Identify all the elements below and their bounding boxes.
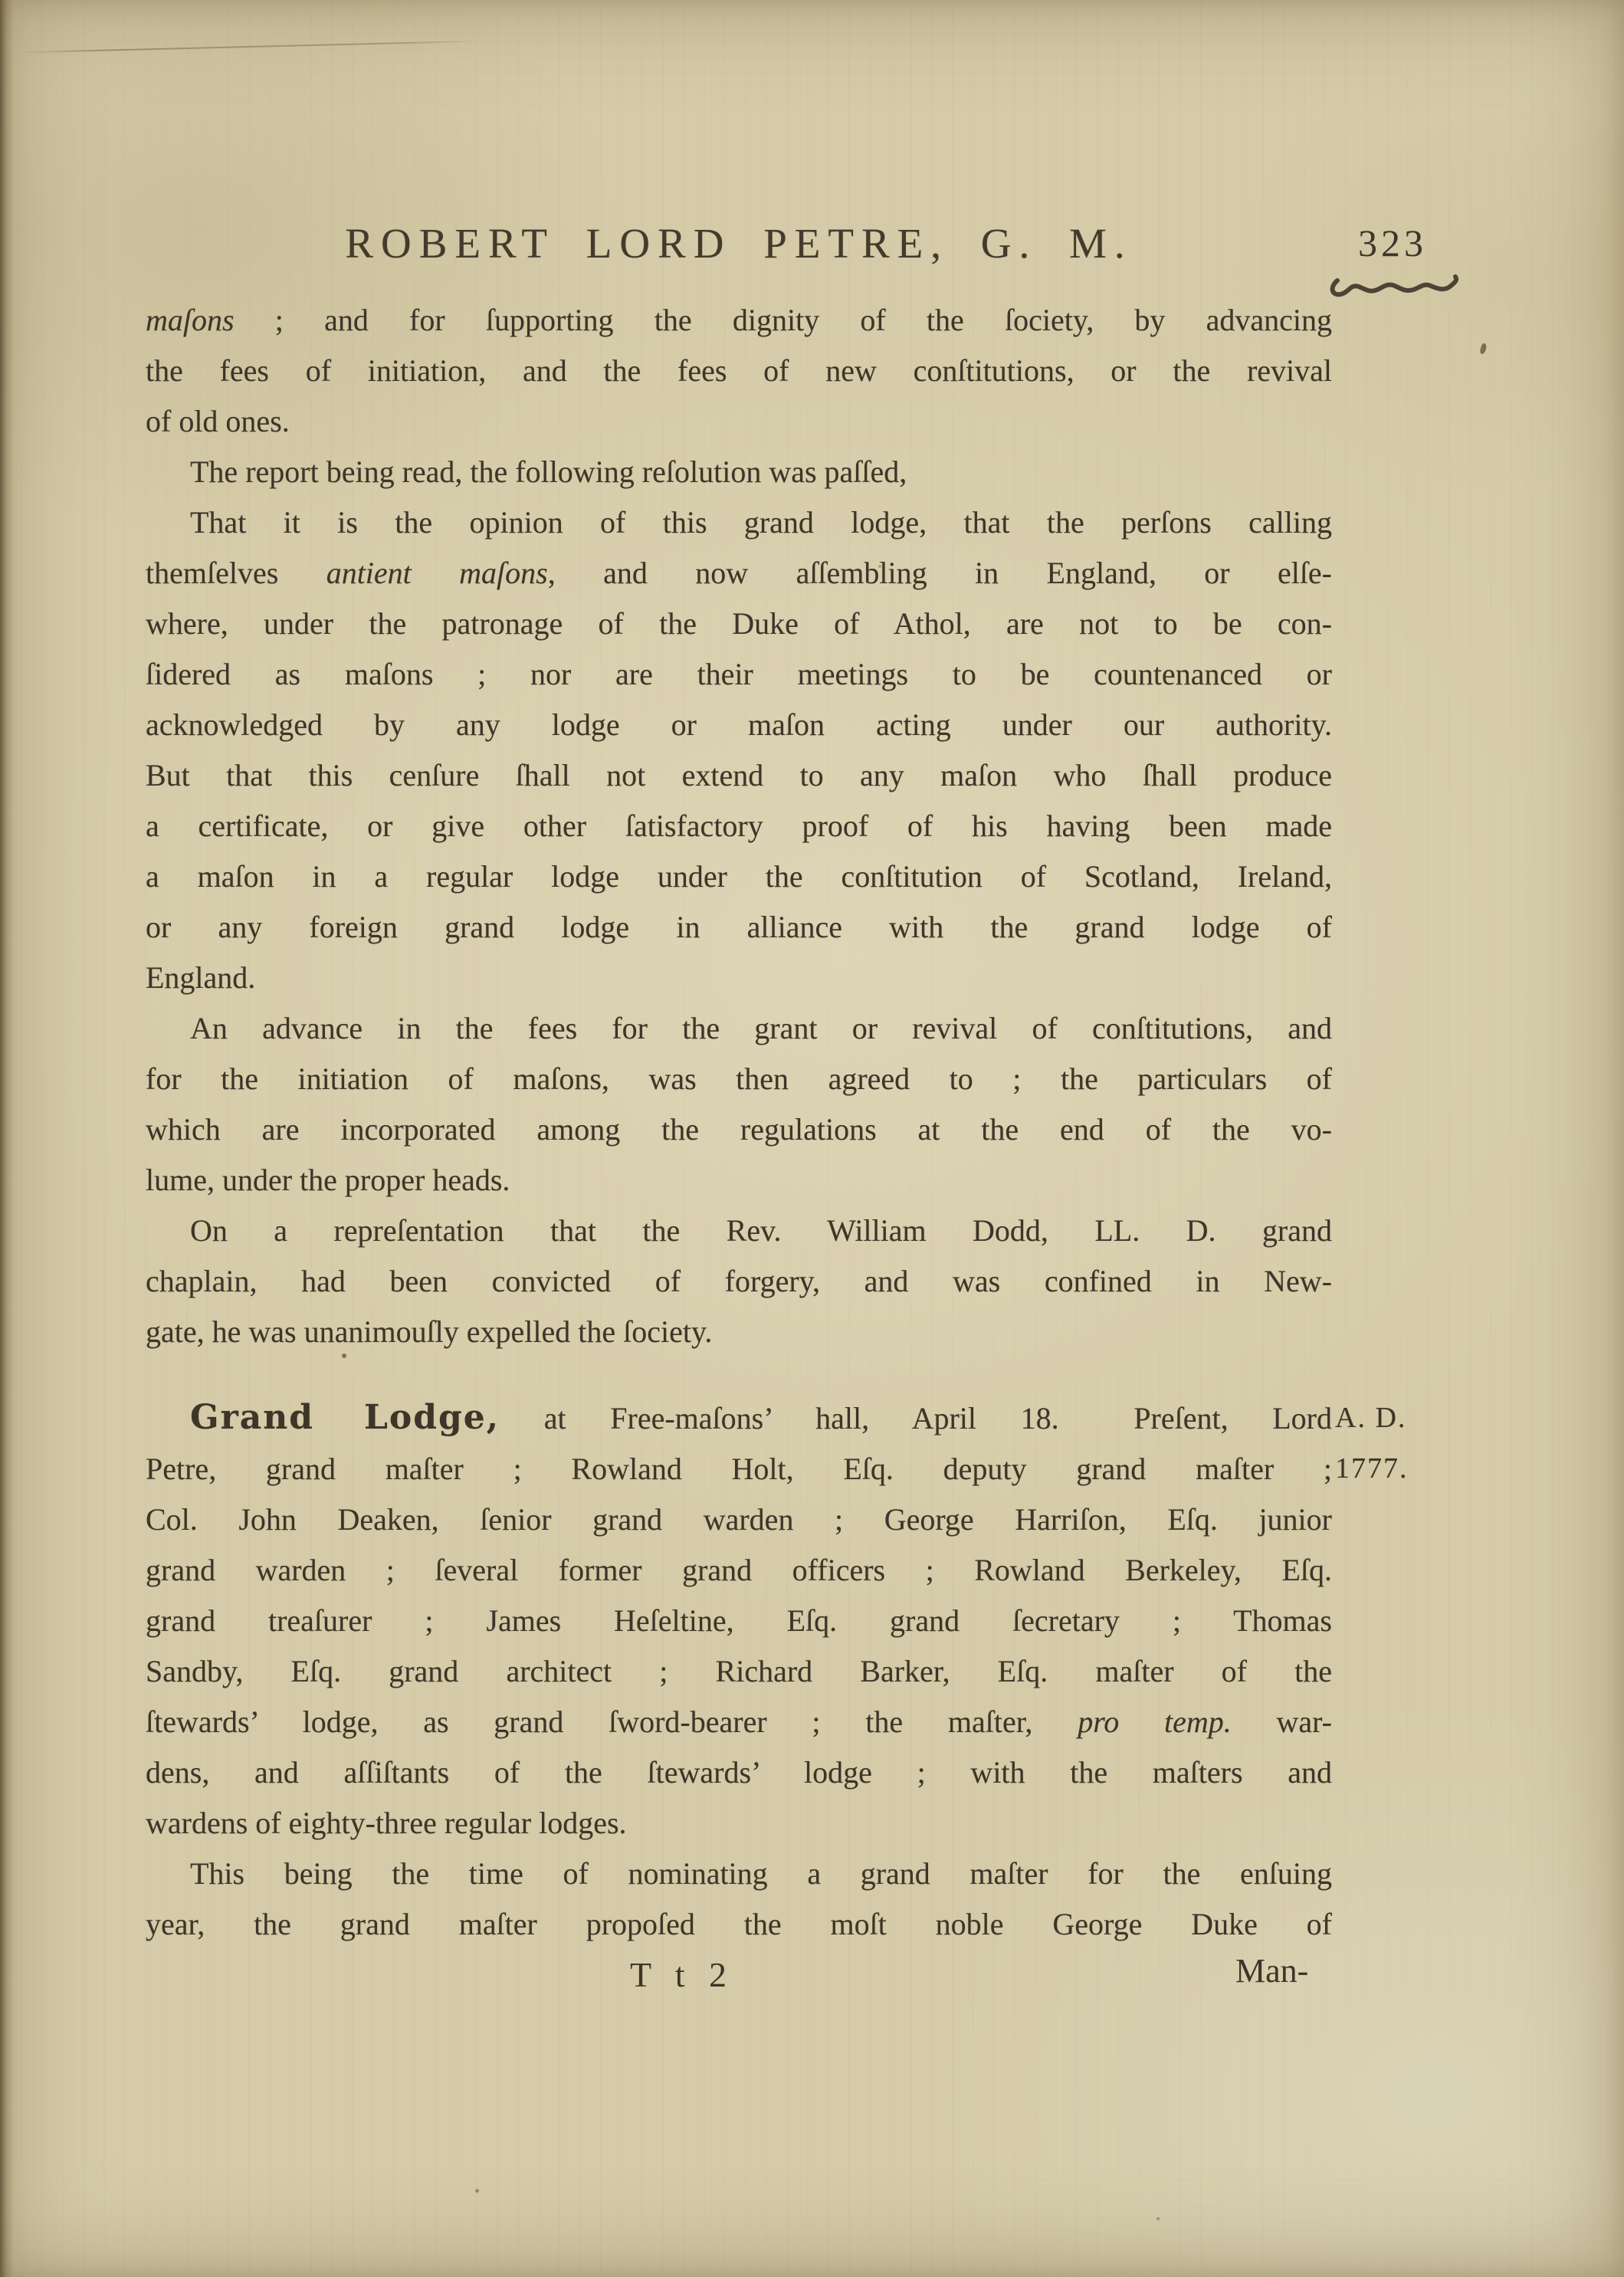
text-segment: , and now aſſembling in England, or elſe… bbox=[548, 556, 1332, 590]
paragraph: maſons ; and for ſupporting the dignity … bbox=[146, 295, 1332, 447]
ink-speck bbox=[1479, 343, 1487, 354]
text-segment: war- bbox=[1232, 1704, 1332, 1739]
book-page: ROBERT LORD PETRE, G. M. 323 maſons ; an… bbox=[0, 0, 1624, 2277]
text-line: which are incorporated among the regulat… bbox=[146, 1104, 1332, 1155]
italic-text: maſons bbox=[146, 303, 235, 337]
paragraph: Grand Lodge, at Free-maſons’ hall, April… bbox=[146, 1393, 1332, 1849]
text-line: themſelves antient maſons, and now aſſem… bbox=[146, 548, 1332, 599]
text-line: That it is the opinion of this grand lod… bbox=[146, 497, 1332, 548]
page-number-flourish-icon bbox=[1328, 270, 1462, 307]
paragraph: This being the time of nominating a gran… bbox=[146, 1849, 1332, 1950]
text-line: where, under the patronage of the Duke o… bbox=[146, 599, 1332, 649]
text-segment: which are incorporated among the regulat… bbox=[146, 1112, 1332, 1147]
text-segment: grand treaſurer ; James Heſeltine, Eſq. … bbox=[146, 1603, 1332, 1638]
text-line: a maſon in a regular lodge under the con… bbox=[146, 851, 1332, 902]
text-segment: England. bbox=[146, 960, 255, 995]
text-segment: the fees of initiation, and the fees of … bbox=[146, 353, 1332, 388]
italic-text: pro temp. bbox=[1078, 1704, 1232, 1739]
text-line: ſtewards’ lodge, as grand ſword-bearer ;… bbox=[146, 1697, 1332, 1747]
text-segment: ſidered as maſons ; nor are their meetin… bbox=[146, 657, 1332, 691]
text-line: of old ones. bbox=[146, 396, 1332, 447]
text-line: wardens of eighty-three regular lodges. bbox=[146, 1798, 1332, 1849]
text-segment: ſtewards’ lodge, as grand ſword-bearer ;… bbox=[146, 1704, 1078, 1739]
paragraph: An advance in the fees for the grant or … bbox=[146, 1003, 1332, 1206]
text-segment: where, under the patronage of the Duke o… bbox=[146, 606, 1332, 641]
italic-text: antient maſons bbox=[326, 556, 548, 590]
text-line: acknowledged by any lodge or maſon actin… bbox=[146, 700, 1332, 750]
text-line: Col. John Deaken, ſenior grand warden ; … bbox=[146, 1494, 1332, 1545]
paragraph: That it is the opinion of this grand lod… bbox=[146, 497, 1332, 1003]
text-segment: for the initiation of maſons, was then a… bbox=[146, 1061, 1332, 1096]
blackletter-text: Grand Lodge, bbox=[190, 1398, 500, 1437]
text-segment: at Free-maſons’ hall, April 18. Preſent,… bbox=[500, 1401, 1332, 1435]
text-line: On a repreſentation that the Rev. Willia… bbox=[146, 1206, 1332, 1256]
text-line: Grand Lodge, at Free-maſons’ hall, April… bbox=[146, 1393, 1332, 1444]
text-segment: wardens of eighty-three regular lodges. bbox=[146, 1806, 627, 1840]
margin-note-ad: A. D. bbox=[1335, 1393, 1409, 1443]
margin-note-year: 1777. bbox=[1335, 1443, 1409, 1494]
body-text: maſons ; and for ſupporting the dignity … bbox=[146, 295, 1332, 1950]
text-line: grand warden ; ſeveral former grand offi… bbox=[146, 1545, 1332, 1596]
signature-mark: T t 2 bbox=[630, 1956, 731, 1995]
text-line: year, the grand maſter propoſed the moſt… bbox=[146, 1899, 1332, 1950]
paragraph: The report being read, the following reſ… bbox=[146, 447, 1332, 497]
text-segment: An advance in the fees for the grant or … bbox=[190, 1011, 1332, 1045]
text-line: ſidered as maſons ; nor are their meetin… bbox=[146, 649, 1332, 700]
text-segment: This being the time of nominating a gran… bbox=[190, 1856, 1332, 1891]
text-segment: gate, he was unanimouſly expelled the ſo… bbox=[146, 1314, 712, 1349]
text-line: a certificate, or give other ſatisfactor… bbox=[146, 801, 1332, 851]
text-line: maſons ; and for ſupporting the dignity … bbox=[146, 295, 1332, 346]
ink-speck bbox=[878, 565, 881, 568]
text-line: This being the time of nominating a gran… bbox=[146, 1849, 1332, 1899]
text-segment: Sandby, Eſq. grand architect ; Richard B… bbox=[146, 1654, 1332, 1688]
ink-speck bbox=[342, 1353, 346, 1358]
text-segment: a certificate, or give other ſatisfactor… bbox=[146, 809, 1332, 843]
text-line: or any foreign grand lodge in alliance w… bbox=[146, 902, 1332, 953]
text-segment: lume, under the proper heads. bbox=[146, 1163, 510, 1197]
text-line: gate, he was unanimouſly expelled the ſo… bbox=[146, 1307, 1332, 1357]
text-segment: acknowledged by any lodge or maſon actin… bbox=[146, 707, 1332, 742]
margin-note-date: A. D. 1777. bbox=[1335, 1393, 1409, 1494]
text-line: England. bbox=[146, 953, 1332, 1003]
text-line: for the initiation of maſons, was then a… bbox=[146, 1054, 1332, 1104]
text-segment: Petre, grand maſter ; Rowland Holt, Eſq.… bbox=[146, 1452, 1332, 1486]
text-segment: ; and for ſupporting the dignity of the … bbox=[235, 303, 1332, 337]
text-segment: The report being read, the following reſ… bbox=[190, 454, 907, 489]
text-line: lume, under the proper heads. bbox=[146, 1155, 1332, 1206]
paragraph: On a repreſentation that the Rev. Willia… bbox=[146, 1206, 1332, 1357]
text-line: the fees of initiation, and the fees of … bbox=[146, 346, 1332, 396]
text-line: chaplain, had been convicted of forgery,… bbox=[146, 1256, 1332, 1307]
text-segment: a maſon in a regular lodge under the con… bbox=[146, 859, 1332, 894]
ink-speck bbox=[475, 2189, 479, 2193]
text-segment: of old ones. bbox=[146, 404, 290, 438]
text-segment: or any foreign grand lodge in alliance w… bbox=[146, 910, 1332, 944]
page-number: 323 bbox=[1358, 224, 1427, 262]
text-segment: themſelves bbox=[146, 556, 326, 590]
catchword: Man- bbox=[1235, 1953, 1308, 1990]
text-line: grand treaſurer ; James Heſeltine, Eſq. … bbox=[146, 1596, 1332, 1646]
text-line: An advance in the fees for the grant or … bbox=[146, 1003, 1332, 1054]
text-segment: grand warden ; ſeveral former grand offi… bbox=[146, 1553, 1332, 1587]
text-segment: That it is the opinion of this grand lod… bbox=[190, 505, 1332, 540]
text-segment: But that this cenſure ſhall not extend t… bbox=[146, 758, 1332, 792]
running-header-title: ROBERT LORD PETRE, G. M. bbox=[146, 222, 1332, 264]
text-segment: year, the grand maſter propoſed the moſt… bbox=[146, 1907, 1332, 1941]
text-segment: Col. John Deaken, ſenior grand warden ; … bbox=[146, 1502, 1332, 1537]
text-segment: chaplain, had been convicted of forgery,… bbox=[146, 1264, 1332, 1298]
ink-speck bbox=[1156, 2217, 1160, 2220]
paper-crease-line bbox=[17, 41, 484, 54]
page-left-edge-shadow bbox=[0, 0, 14, 2277]
text-line: The report being read, the following reſ… bbox=[146, 447, 1332, 497]
text-segment: dens, and aſſiſtants of the ſtewards’ lo… bbox=[146, 1755, 1332, 1790]
text-line: dens, and aſſiſtants of the ſtewards’ lo… bbox=[146, 1747, 1332, 1798]
text-line: But that this cenſure ſhall not extend t… bbox=[146, 750, 1332, 801]
text-line: Petre, grand maſter ; Rowland Holt, Eſq.… bbox=[146, 1444, 1332, 1494]
text-line: Sandby, Eſq. grand architect ; Richard B… bbox=[146, 1646, 1332, 1697]
text-segment: On a repreſentation that the Rev. Willia… bbox=[190, 1213, 1332, 1248]
